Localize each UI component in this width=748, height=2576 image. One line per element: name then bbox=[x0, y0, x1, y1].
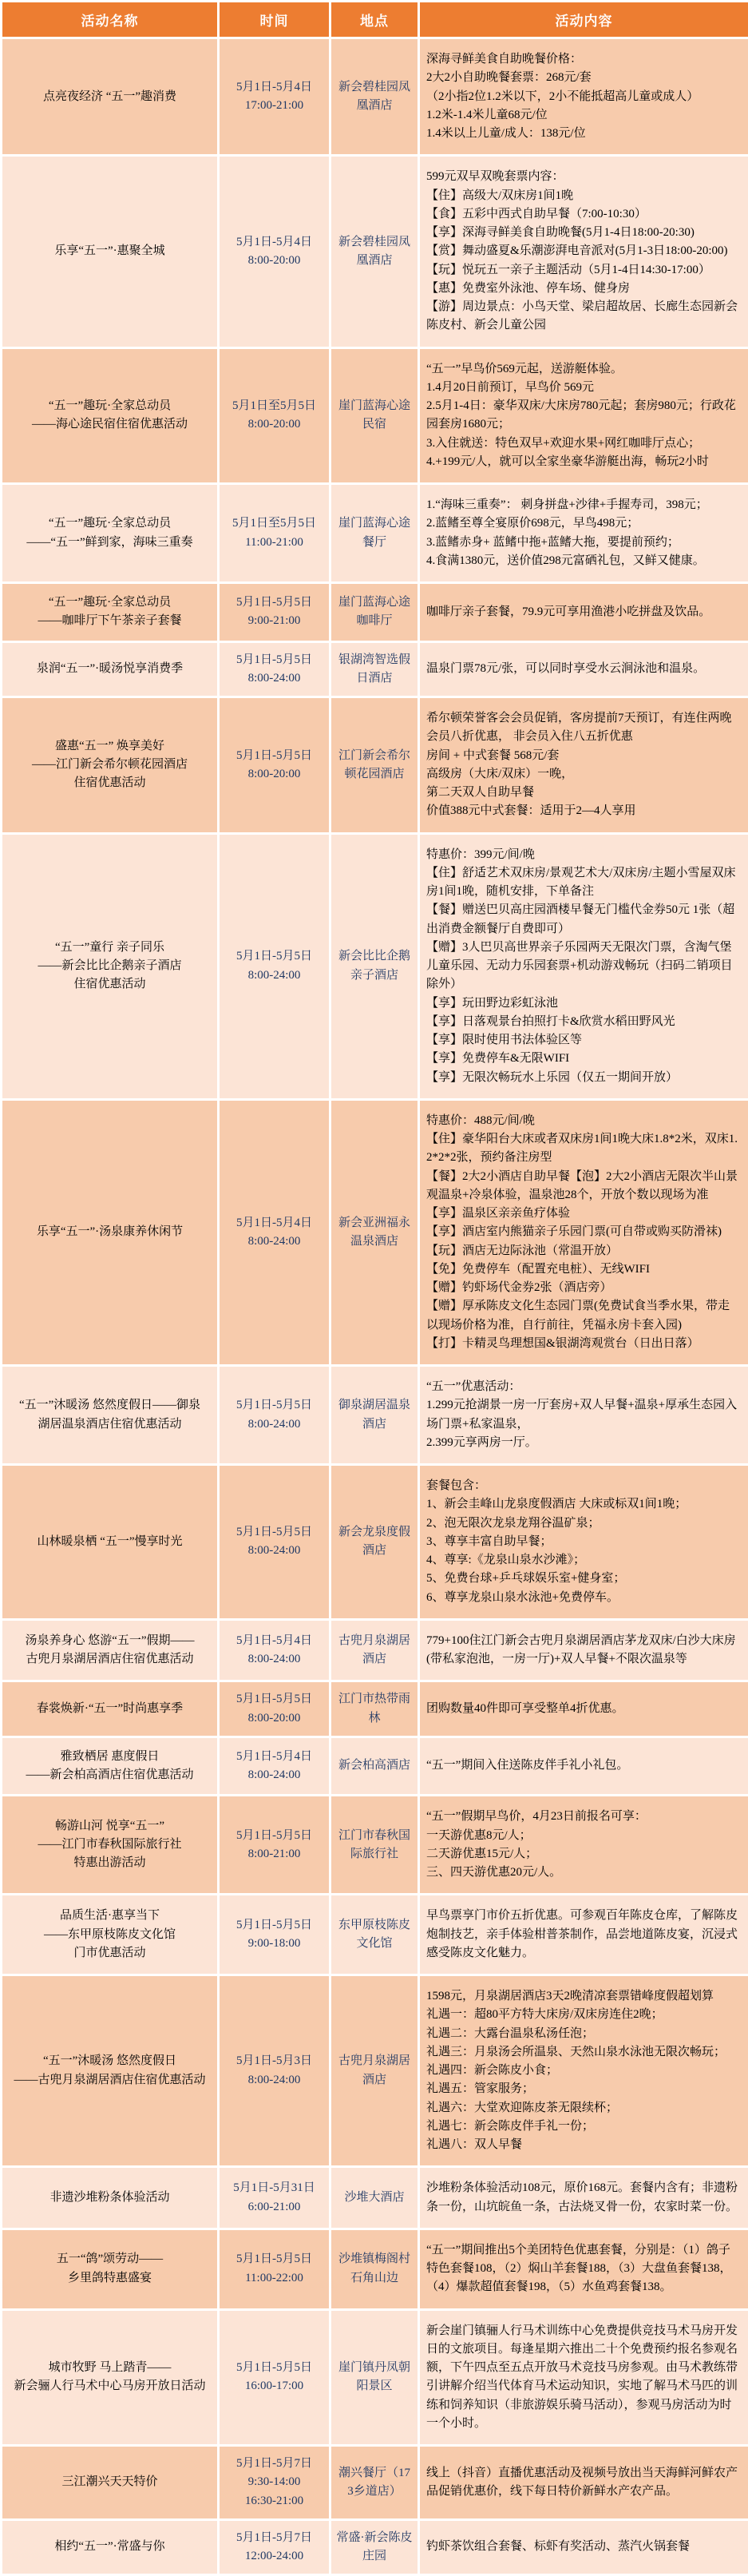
activity-content-cell: 599元双早双晚套票内容： 【住】高级大/双床房1间1晚 【食】五彩中西式自助早… bbox=[419, 156, 748, 347]
activity-location-cell: 江门新会希尔顿花园酒店 bbox=[330, 697, 419, 834]
activity-content-cell: 特惠价：399元/间/晚 【住】舒适艺术双床房/景观艺术大/双床房/主题小雪屋双… bbox=[419, 833, 748, 1099]
activity-name-cell: 山林暖泉栖 “五一”慢享时光 bbox=[2, 1465, 219, 1620]
activity-location-cell: 崖门镇丹凤朝阳景区 bbox=[330, 2309, 419, 2446]
activity-name-cell: 乐享“五一”·惠聚全城 bbox=[2, 156, 219, 347]
table-row: 盛惠“五一” 焕享美好 ——江门新会希尔顿花园酒店 住宿优惠活动 5月1日-5月… bbox=[2, 697, 748, 834]
activity-content-cell: 早鸟票享门市价五折优惠。可参观百年陈皮仓库，了解陈皮炮制技艺，亲手体验柑普茶制作… bbox=[419, 1895, 748, 1975]
activity-time-cell: 5月1日-5月5日 9:00-18:00 bbox=[219, 1895, 330, 1975]
activity-name-cell: “五一”沐暖汤 悠然度假日——御泉 湖居温泉酒店住宿优惠活动 bbox=[2, 1366, 219, 1465]
activity-content-cell: 钓虾茶饮组合套餐、标虾有奖活动、蒸汽火锅套餐 bbox=[419, 2519, 748, 2575]
activity-location-cell: 新会碧桂园凤凰酒店 bbox=[330, 38, 419, 156]
activity-time-cell: 5月1日-5月5日 8:00-21:00 bbox=[219, 1796, 330, 1895]
activity-content-cell: “五一”早鸟价569元起，送游艇体验。 1.4月20日前预订，早鸟价 569元 … bbox=[419, 347, 748, 484]
activity-time-cell: 5月1日-5月5日 8:00-24:00 bbox=[219, 641, 330, 697]
activity-name-cell: 畅游山河 悦享“五一” ——江门市春秋国际旅行社 特惠出游活动 bbox=[2, 1796, 219, 1895]
activity-time-cell: 5月1日-5月7日 12:00-24:00 bbox=[219, 2519, 330, 2575]
activity-name-cell: 城市牧野 马上踏青—— 新会骊人行马术中心马房开放日活动 bbox=[2, 2309, 219, 2446]
activity-name-cell: 三江潮兴天天特价 bbox=[2, 2446, 219, 2520]
activity-name-cell: 点亮夜经济 “五一”趣消费 bbox=[2, 38, 219, 156]
table-row: 乐享“五一”·惠聚全城 5月1日-5月4日 8:00-20:00 新会碧桂园凤凰… bbox=[2, 156, 748, 347]
activity-time-cell: 5月1日-5月4日 8:00-20:00 bbox=[219, 156, 330, 347]
activity-location-cell: 新会柏高酒店 bbox=[330, 1737, 419, 1796]
header-location: 地点 bbox=[330, 2, 419, 38]
activity-name-cell: “五一”趣玩·全家总动员 ——“五一”鲜到家，海味三重奏 bbox=[2, 484, 219, 583]
activity-location-cell: 东甲原枝陈皮文化馆 bbox=[330, 1895, 419, 1975]
activity-name-cell: 泉润“五一”·暖汤悦享消费季 bbox=[2, 641, 219, 697]
table-row: “五一”趣玩·全家总动员 ——海心途民宿住宿优惠活动 5月1日至5月5日 8:0… bbox=[2, 347, 748, 484]
activity-location-cell: 新会亚洲福永温泉酒店 bbox=[330, 1099, 419, 1365]
header-activity-name: 活动名称 bbox=[2, 2, 219, 38]
activity-name-cell: 品质生活·惠享当下 ——东甲原枝陈皮文化馆 门市优惠活动 bbox=[2, 1895, 219, 1975]
activity-time-cell: 5月1日-5月5日 8:00-24:00 bbox=[219, 833, 330, 1099]
activity-name-cell: 五一“鸽”颂劳动—— 乡里鸽特惠盛宴 bbox=[2, 2229, 219, 2309]
activity-content-cell: 特惠价：488元/间/晚 【住】豪华阳台大床或者双床房1间1晚大床1.8*2米，… bbox=[419, 1099, 748, 1365]
table-row: “五一”趣玩·全家总动员 ——“五一”鲜到家，海味三重奏 5月1日至5月5日 1… bbox=[2, 484, 748, 583]
table-row: 五一“鸽”颂劳动—— 乡里鸽特惠盛宴 5月1日-5月5日 11:00-22:00… bbox=[2, 2229, 748, 2309]
activity-time-cell: 5月1日-5月5日 16:00-17:00 bbox=[219, 2309, 330, 2446]
table-row: 点亮夜经济 “五一”趣消费 5月1日-5月4日 17:00-21:00 新会碧桂… bbox=[2, 38, 748, 156]
activity-name-cell: 非遗沙堆粉条体验活动 bbox=[2, 2167, 219, 2229]
activity-content-cell: 咖啡厅亲子套餐，79.9元可享用渔港小吃拼盘及饮品。 bbox=[419, 583, 748, 642]
activity-table-body: 点亮夜经济 “五一”趣消费 5月1日-5月4日 17:00-21:00 新会碧桂… bbox=[2, 38, 748, 2575]
table-row: “五一”童行 亲子同乐 ——新会比比企鹅亲子酒店 住宿优惠活动 5月1日-5月5… bbox=[2, 833, 748, 1099]
table-row: 三江潮兴天天特价 5月1日-5月7日 9:30-14:00 16:30-21:0… bbox=[2, 2446, 748, 2520]
activity-content-cell: 深海寻鲜美食自助晚餐价格： 2大2小自助晚餐套票：268元/套 （2小指2位1.… bbox=[419, 38, 748, 156]
activity-name-cell: 盛惠“五一” 焕享美好 ——江门新会希尔顿花园酒店 住宿优惠活动 bbox=[2, 697, 219, 834]
table-row: 春裳焕新·“五一”时尚惠享季 5月1日-5月5日 8:00-20:00 江门市热… bbox=[2, 1681, 748, 1737]
activity-content-cell: 1.“海味三重奏”： 刺身拼盘+沙律+手握寿司，398元； 2.蓝鳍至尊全宴原价… bbox=[419, 484, 748, 583]
activity-content-cell: “五一”期间入住送陈皮伴手礼小礼包。 bbox=[419, 1737, 748, 1796]
activity-location-cell: 新会龙泉度假酒店 bbox=[330, 1465, 419, 1620]
table-row: 畅游山河 悦享“五一” ——江门市春秋国际旅行社 特惠出游活动 5月1日-5月5… bbox=[2, 1796, 748, 1895]
activity-location-cell: 江门市春秋国际旅行社 bbox=[330, 1796, 419, 1895]
activity-time-cell: 5月1日-5月4日 17:00-21:00 bbox=[219, 38, 330, 156]
activity-content-cell: “五一”假期早鸟价，4月23日前报名可享： 一天游优惠8元/人； 二天游优惠15… bbox=[419, 1796, 748, 1895]
activity-content-cell: 线上（抖音）直播优惠活动及视频号放出当天海鲜河鲜农产品促销优惠价，线下每日特价新… bbox=[419, 2446, 748, 2520]
activity-content-cell: 新会崖门镇骊人行马术训练中心免费提供竞技马术马房开发日的文旅项目。每逢星期六推出… bbox=[419, 2309, 748, 2446]
table-row: 乐享“五一”·汤泉康养休闲节 5月1日-5月4日 8:00-24:00 新会亚洲… bbox=[2, 1099, 748, 1365]
activity-content-cell: “五一”优惠活动： 1.299元抢湖景一房一厅套房+双人早餐+温泉+厚承生态园入… bbox=[419, 1366, 748, 1465]
table-row: 非遗沙堆粉条体验活动 5月1日-5月31日 6:00-21:00 沙堆大酒店 沙… bbox=[2, 2167, 748, 2229]
table-row: 雅致栖居 惠度假日 ——新会柏高酒店住宿优惠活动 5月1日-5月4日 8:00-… bbox=[2, 1737, 748, 1796]
activity-content-cell: 希尔顿荣誉客会会员促销，客房提前7天预订，有连住两晚会员八折优惠， 非会员入住八… bbox=[419, 697, 748, 834]
activity-location-cell: 崖门蓝海心途民宿 bbox=[330, 347, 419, 484]
table-row: 泉润“五一”·暖汤悦享消费季 5月1日-5月5日 8:00-24:00 银湖湾智… bbox=[2, 641, 748, 697]
table-row: 相约“五一”·常盛与你 5月1日-5月7日 12:00-24:00 常盛·新会陈… bbox=[2, 2519, 748, 2575]
activity-time-cell: 5月1日-5月5日 8:00-20:00 bbox=[219, 697, 330, 834]
activity-content-cell: 团购数量40件即可享受整单4折优惠。 bbox=[419, 1681, 748, 1737]
activity-content-cell: 779+100住江门新会古兜月泉湖居酒店茅龙双床/白沙大床房(带私家泡池，一房一… bbox=[419, 1619, 748, 1681]
activity-time-cell: 5月1日-5月5日 8:00-20:00 bbox=[219, 1681, 330, 1737]
activity-time-cell: 5月1日-5月5日 9:00-21:00 bbox=[219, 583, 330, 642]
activity-name-cell: “五一”沐暖汤 悠然度假日 ——古兜月泉湖居酒店住宿优惠活动 bbox=[2, 1975, 219, 2167]
activity-time-cell: 5月1日-5月7日 9:30-14:00 16:30-21:00 bbox=[219, 2446, 330, 2520]
activity-time-cell: 5月1日-5月5日 11:00-22:00 bbox=[219, 2229, 330, 2309]
table-row: “五一”趣玩·全家总动员 ——咖啡厅下午茶亲子套餐 5月1日-5月5日 9:00… bbox=[2, 583, 748, 642]
table-row: 城市牧野 马上踏青—— 新会骊人行马术中心马房开放日活动 5月1日-5月5日 1… bbox=[2, 2309, 748, 2446]
activity-location-cell: 古兜月泉湖居酒店 bbox=[330, 1619, 419, 1681]
table-row: 汤泉养身心 悠游“五一”假期—— 古兜月泉湖居酒店住宿优惠活动 5月1日-5月4… bbox=[2, 1619, 748, 1681]
activity-time-cell: 5月1日至5月5日 11:00-21:00 bbox=[219, 484, 330, 583]
activity-table: 活动名称 时间 地点 活动内容 点亮夜经济 “五一”趣消费 5月1日-5月4日 … bbox=[0, 0, 748, 2576]
activity-time-cell: 5月1日至5月5日 8:00-20:00 bbox=[219, 347, 330, 484]
activity-location-cell: 古兜月泉湖居酒店 bbox=[330, 1975, 419, 2167]
activity-time-cell: 5月1日-5月4日 8:00-24:00 bbox=[219, 1619, 330, 1681]
table-row: 山林暖泉栖 “五一”慢享时光 5月1日-5月5日 8:00-24:00 新会龙泉… bbox=[2, 1465, 748, 1620]
activity-time-cell: 5月1日-5月4日 8:00-24:00 bbox=[219, 1737, 330, 1796]
activity-location-cell: 崖门蓝海心途咖啡厅 bbox=[330, 583, 419, 642]
table-header: 活动名称 时间 地点 活动内容 bbox=[2, 2, 748, 38]
activity-name-cell: “五一”趣玩·全家总动员 ——海心途民宿住宿优惠活动 bbox=[2, 347, 219, 484]
activity-name-cell: 乐享“五一”·汤泉康养休闲节 bbox=[2, 1099, 219, 1365]
activity-location-cell: 沙堆大酒店 bbox=[330, 2167, 419, 2229]
activity-content-cell: 1598元，月泉湖居酒店3天2晚清凉套票错峰度假超划算 礼遇一：超80平方特大床… bbox=[419, 1975, 748, 2167]
activity-location-cell: 新会碧桂园凤凰酒店 bbox=[330, 156, 419, 347]
table-row: “五一”沐暖汤 悠然度假日——御泉 湖居温泉酒店住宿优惠活动 5月1日-5月5日… bbox=[2, 1366, 748, 1465]
activity-name-cell: 雅致栖居 惠度假日 ——新会柏高酒店住宿优惠活动 bbox=[2, 1737, 219, 1796]
activity-time-cell: 5月1日-5月5日 8:00-24:00 bbox=[219, 1465, 330, 1620]
header-content: 活动内容 bbox=[419, 2, 748, 38]
activity-location-cell: 御泉湖居温泉酒店 bbox=[330, 1366, 419, 1465]
header-time: 时间 bbox=[219, 2, 330, 38]
activity-content-cell: 套餐包含： 1、新会圭峰山龙泉度假酒店 大床或标双1间1晚； 2、泡无限次龙泉龙… bbox=[419, 1465, 748, 1620]
activity-location-cell: 新会比比企鹅亲子酒店 bbox=[330, 833, 419, 1099]
activity-location-cell: 银湖湾智选假日酒店 bbox=[330, 641, 419, 697]
activity-name-cell: “五一”趣玩·全家总动员 ——咖啡厅下午茶亲子套餐 bbox=[2, 583, 219, 642]
activity-content-cell: “五一”期间推出5个美团特色优惠套餐，分别是：（1）鸽子特色套餐108，（2）焖… bbox=[419, 2229, 748, 2309]
activity-location-cell: 常盛·新会陈皮庄园 bbox=[330, 2519, 419, 2575]
activity-time-cell: 5月1日-5月5日 8:00-24:00 bbox=[219, 1366, 330, 1465]
activity-location-cell: 潮兴餐厅（173乡道店） bbox=[330, 2446, 419, 2520]
activity-content-cell: 温泉门票78元/张，可以同时享受水云涧泳池和温泉。 bbox=[419, 641, 748, 697]
activity-location-cell: 江门市热带雨林 bbox=[330, 1681, 419, 1737]
activity-name-cell: 汤泉养身心 悠游“五一”假期—— 古兜月泉湖居酒店住宿优惠活动 bbox=[2, 1619, 219, 1681]
table-row: “五一”沐暖汤 悠然度假日 ——古兜月泉湖居酒店住宿优惠活动 5月1日-5月3日… bbox=[2, 1975, 748, 2167]
activity-name-cell: 春裳焕新·“五一”时尚惠享季 bbox=[2, 1681, 219, 1737]
header-row: 活动名称 时间 地点 活动内容 bbox=[2, 2, 748, 38]
activity-time-cell: 5月1日-5月31日 6:00-21:00 bbox=[219, 2167, 330, 2229]
activity-location-cell: 崖门蓝海心途餐厅 bbox=[330, 484, 419, 583]
activity-time-cell: 5月1日-5月4日 8:00-24:00 bbox=[219, 1099, 330, 1365]
activity-location-cell: 沙堆镇梅阁村石角山边 bbox=[330, 2229, 419, 2309]
activity-name-cell: “五一”童行 亲子同乐 ——新会比比企鹅亲子酒店 住宿优惠活动 bbox=[2, 833, 219, 1099]
activity-content-cell: 沙堆粉条体验活动108元，原价168元。套餐内含有；非遗粉条一份，山坑皖鱼一条，… bbox=[419, 2167, 748, 2229]
table-row: 品质生活·惠享当下 ——东甲原枝陈皮文化馆 门市优惠活动 5月1日-5月5日 9… bbox=[2, 1895, 748, 1975]
activity-name-cell: 相约“五一”·常盛与你 bbox=[2, 2519, 219, 2575]
activity-time-cell: 5月1日-5月3日 8:00-24:00 bbox=[219, 1975, 330, 2167]
